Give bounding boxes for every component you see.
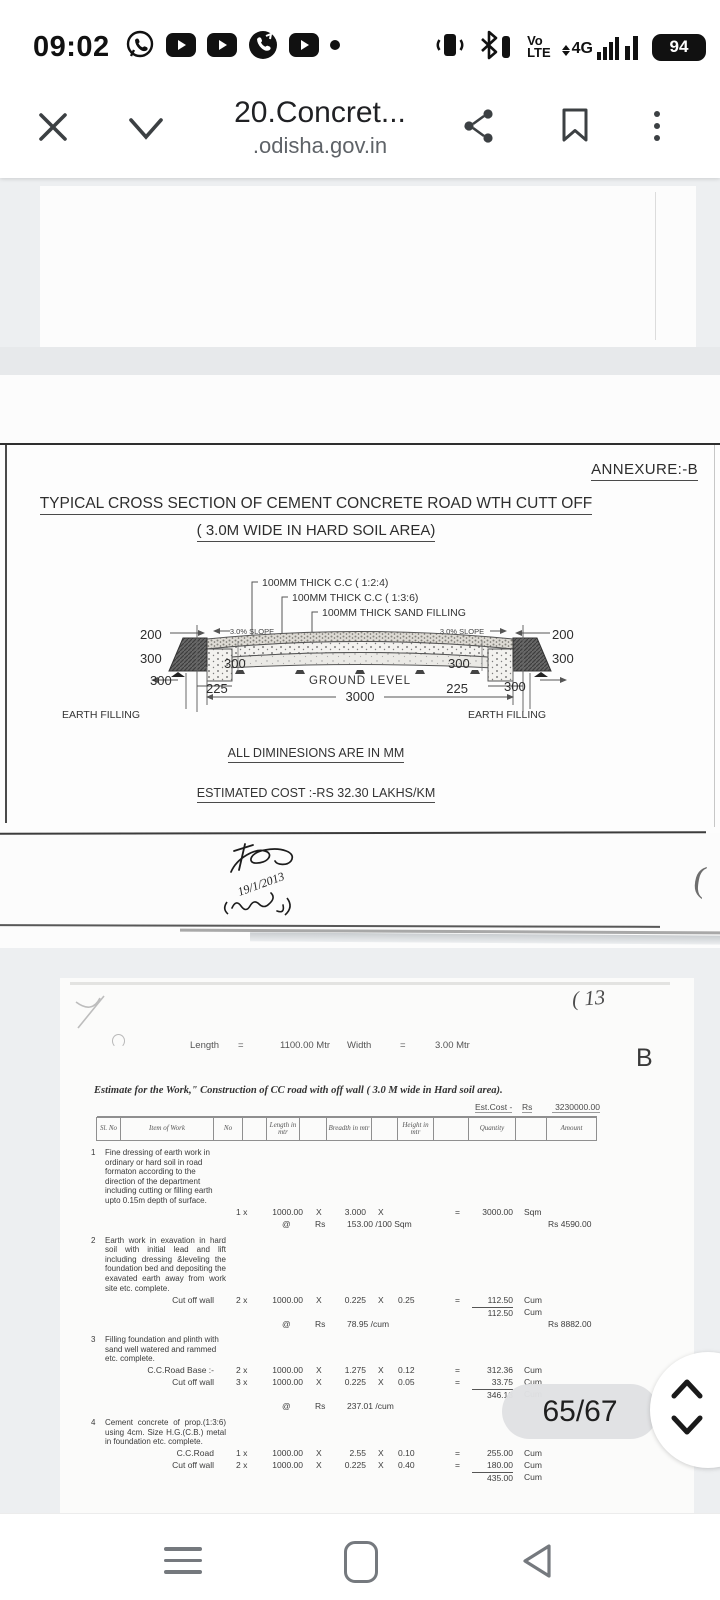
item-number: 3 — [91, 1335, 95, 1344]
page-indicator[interactable]: 65/67 — [502, 1384, 658, 1439]
calc-cnt: 1 x — [236, 1448, 247, 1458]
calc-qty: 3000.00 — [472, 1207, 513, 1217]
scan-artifact — [70, 982, 670, 985]
calc-eq: = — [455, 1207, 460, 1217]
calc-line: Cut off wall2 x1000.00X0.225X0.40=180.00… — [60, 1460, 694, 1471]
calc-x2: X — [378, 1207, 384, 1217]
calc-brd: 0.225 — [326, 1377, 366, 1387]
page-gap — [0, 347, 720, 375]
calc-cnt: 2 x — [236, 1295, 247, 1305]
calc-hgt: 0.40 — [398, 1460, 415, 1470]
page-down-button[interactable] — [670, 1414, 704, 1441]
whatsapp-call-icon — [247, 29, 279, 66]
callout-cc-124: 100MM THICK C.C ( 1:2:4) — [262, 577, 388, 589]
calc-len: 1000.00 — [263, 1377, 303, 1387]
slope-label-right: 3.0% SLOPE — [440, 627, 484, 636]
calc-unit: Sqm — [524, 1207, 541, 1217]
calc-cnt: 2 x — [236, 1460, 247, 1470]
notification-dot-icon — [329, 38, 341, 56]
status-bar: 09:02 — [0, 0, 720, 80]
document-title: 20.Concret... — [180, 96, 460, 130]
dim-300-left: 300 — [140, 651, 162, 666]
nav-recents-button[interactable] — [164, 1547, 202, 1582]
calc-qty: 180.00 — [472, 1460, 513, 1470]
document-source: .odisha.gov.in — [180, 133, 460, 159]
handwritten-signature: 19/1/2013 — [215, 838, 345, 916]
slope-label-left: 3.0% SLOPE — [230, 627, 274, 636]
bluetooth-icon — [476, 29, 516, 66]
page-65-annexure: ANNEXURE:-B TYPICAL CROSS SECTION OF CEM… — [0, 443, 720, 833]
dim-200-left: 200 — [140, 627, 162, 642]
page-up-button[interactable] — [670, 1378, 704, 1405]
app-bar: 20.Concret... .odisha.gov.in — [0, 80, 720, 178]
calc-line: Cut off wall2 x1000.00X0.225X0.25=112.50… — [60, 1295, 694, 1306]
dim-300-inner-right: 300 — [448, 656, 470, 671]
est-cost-label: Est.Cost - — [475, 1102, 512, 1113]
calc-x1: X — [316, 1207, 322, 1217]
calc-eq: = — [455, 1377, 460, 1387]
bookmark-button[interactable] — [560, 107, 590, 148]
length-label: Length — [190, 1040, 219, 1051]
item-number: 4 — [91, 1418, 95, 1427]
estimate-item: 1Fine dressing of earth work in ordinary… — [60, 1148, 694, 1230]
calc-line: 112.50Cum — [60, 1307, 694, 1318]
close-button[interactable] — [36, 110, 70, 149]
rate-rate: 78.95 /cum — [347, 1319, 389, 1329]
item-number: 1 — [91, 1148, 95, 1157]
calc-len: 1000.00 — [263, 1448, 303, 1458]
calc-label: Cut off wall — [100, 1377, 214, 1387]
calc-qty: 112.50 — [472, 1295, 513, 1305]
estimate-item: 2Earth work in exavation in hard soil wi… — [60, 1236, 694, 1330]
calc-label: C.C.Road Base :- — [100, 1365, 214, 1375]
calc-x2: X — [378, 1377, 384, 1387]
dimensions-note: ALL DIMINESIONS ARE IN MM — [0, 746, 632, 760]
dim-225-left: 225 — [206, 681, 228, 696]
calc-eq: = — [455, 1448, 460, 1458]
calc-brd: 3.000 — [326, 1207, 366, 1217]
collapse-button[interactable] — [126, 116, 166, 147]
battery-indicator: 94 — [652, 34, 706, 61]
calc-line: C.C.Road1 x1000.00X2.55X0.10=255.00Cum — [60, 1448, 694, 1459]
dimensions-line: Length = 1100.00 Mtr Width = 3.00 Mtr — [60, 1040, 694, 1052]
earth-filling-left: EARTH FILLING — [62, 709, 140, 721]
item-description: Earth work in exavation in hard soil wit… — [105, 1236, 226, 1294]
calc-unit: Cum — [524, 1472, 542, 1482]
estimate-table-header: Sl. No Item of Work No Length in mtr Bre… — [97, 1116, 597, 1141]
calc-brd: 0.225 — [326, 1295, 366, 1305]
calc-x1: X — [316, 1365, 322, 1375]
calc-x2: X — [378, 1448, 384, 1458]
data-arrows-icon — [562, 45, 570, 56]
drawing-title: TYPICAL CROSS SECTION OF CEMENT CONCRETE… — [0, 495, 632, 513]
calc-cnt: 2 x — [236, 1365, 247, 1375]
calc-unit: Cum — [524, 1307, 542, 1317]
notification-icons — [124, 29, 341, 66]
rate-rs: Rs — [315, 1219, 325, 1229]
ground-level-label: GROUND LEVEL — [309, 675, 411, 687]
calc-brd: 2.55 — [326, 1448, 366, 1458]
volte-indicator: VoLTE — [527, 35, 551, 59]
calc-unit: Cum — [524, 1448, 542, 1458]
dim-225-right: 225 — [446, 681, 468, 696]
annexure-label: ANNEXURE:-B — [591, 461, 698, 478]
calc-qty: 312.36 — [472, 1365, 513, 1375]
calc-hgt: 0.10 — [398, 1448, 415, 1458]
screen: 09:02 — [0, 0, 720, 1600]
calc-cnt: 1 x — [236, 1207, 247, 1217]
dim-300-right-b: 300 — [504, 679, 526, 694]
dim-200-right: 200 — [552, 627, 574, 642]
dim-300-inner-left: 300 — [224, 656, 246, 671]
calc-x2: X — [378, 1460, 384, 1470]
item-number: 2 — [91, 1236, 95, 1245]
rate-rate: 237.01 /cum — [347, 1401, 394, 1411]
estimate-title: Estimate for the Work," Construction of … — [94, 1085, 503, 1096]
calc-label: Cut off wall — [100, 1295, 214, 1305]
calc-qty: 255.00 — [472, 1448, 513, 1458]
rate-amount: Rs 8882.00 — [548, 1319, 591, 1329]
rate-amount: Rs 4590.00 — [548, 1219, 591, 1229]
calc-hgt: 0.25 — [398, 1295, 415, 1305]
signature-date: 19/1/2013 — [236, 869, 287, 899]
rate-rate: 153.00 /100 Sqm — [347, 1219, 412, 1229]
calc-hgt: 0.05 — [398, 1377, 415, 1387]
calc-qty: 33.75 — [472, 1377, 513, 1387]
callout-sand-filling: 100MM THICK SAND FILLING — [322, 607, 466, 619]
network-type: 4G — [572, 40, 593, 58]
item-description: Fine dressing of earth work in ordinary … — [105, 1148, 226, 1206]
system-icons: VoLTE 4G 94 — [435, 29, 706, 66]
youtube-icon — [165, 32, 197, 63]
rate-line: @Rs78.95 /cumRs 8882.00 — [60, 1319, 694, 1330]
estimated-cost: ESTIMATED COST :-RS 32.30 LAKHS/KM — [0, 786, 632, 800]
calc-qty: 435.00 — [472, 1472, 513, 1483]
rate-at: @ — [282, 1319, 291, 1329]
vibrate-icon — [435, 29, 465, 66]
whatsapp-icon — [124, 29, 156, 66]
calc-cnt: 3 x — [236, 1377, 247, 1387]
est-cost-value: 3230000.00 — [552, 1102, 600, 1113]
earth-filling-right: EARTH FILLING — [468, 709, 546, 721]
calc-x1: X — [316, 1377, 322, 1387]
calc-hgt: 0.12 — [398, 1365, 415, 1375]
calc-line: 435.00Cum — [60, 1472, 694, 1483]
calc-eq: = — [455, 1295, 460, 1305]
overflow-menu-button[interactable] — [651, 108, 663, 149]
calc-unit: Cum — [524, 1365, 542, 1375]
road-cross-section-drawing: 100MM THICK C.C ( 1:2:4) 100MM THICK C.C… — [0, 567, 720, 727]
calc-label: C.C.Road — [100, 1448, 214, 1458]
calc-brd: 0.225 — [326, 1460, 366, 1470]
estimate-cost-line: Est.Cost - Rs 3230000.00 — [60, 1102, 694, 1114]
rate-rs: Rs — [315, 1319, 325, 1329]
section-letter: B — [636, 1044, 653, 1073]
rate-rs: Rs — [315, 1401, 325, 1411]
calc-unit: Cum — [524, 1460, 542, 1470]
calc-brd: 1.275 — [326, 1365, 366, 1375]
calc-len: 1000.00 — [263, 1295, 303, 1305]
clock: 09:02 — [33, 31, 110, 64]
item-description: Filling foundation and plinth with sand … — [105, 1335, 226, 1364]
calc-x1: X — [316, 1448, 322, 1458]
dim-3000: 3000 — [346, 689, 375, 704]
calc-x1: X — [316, 1460, 322, 1470]
calc-x1: X — [316, 1295, 322, 1305]
scan-scribble — [70, 992, 114, 1040]
share-button[interactable] — [462, 108, 496, 149]
calc-unit: Cum — [524, 1295, 542, 1305]
dim-300-left-b: 300 — [150, 673, 172, 688]
nav-home-button[interactable] — [344, 1541, 378, 1583]
calc-line: 1 x1000.00X3.000X=3000.00Sqm — [60, 1207, 694, 1218]
calc-len: 1000.00 — [263, 1207, 303, 1217]
page-64-fragment — [40, 186, 696, 347]
nav-back-button[interactable] — [521, 1542, 555, 1585]
calc-eq: = — [455, 1365, 460, 1375]
android-nav-bar — [0, 1513, 720, 1600]
length-value: 1100.00 Mtr — [280, 1040, 330, 1051]
signal-4g-indicator: 4G — [562, 34, 641, 60]
page-65-top: ↄ ' — [0, 375, 720, 443]
calc-len: 1000.00 — [263, 1460, 303, 1470]
calc-eq: = — [455, 1460, 460, 1470]
calc-label: Cut off wall — [100, 1460, 214, 1470]
rate-line: @Rs153.00 /100 SqmRs 4590.00 — [60, 1219, 694, 1230]
width-value: 3.00 Mtr — [435, 1040, 470, 1051]
rate-at: @ — [282, 1401, 291, 1411]
dim-300-right: 300 — [552, 651, 574, 666]
item-description: Cement concrete of prop.(1:3:6) using 4c… — [105, 1418, 226, 1447]
rate-at: @ — [282, 1219, 291, 1229]
signal-bars-icon — [597, 34, 641, 60]
youtube-icon — [288, 32, 320, 63]
width-label: Width — [347, 1040, 371, 1051]
calc-len: 1000.00 — [263, 1365, 303, 1375]
scan-artifact — [655, 192, 656, 340]
handwritten-page-number: ( 13 — [571, 985, 606, 1012]
drawing-subtitle: ( 3.0M WIDE IN HARD SOIL AREA) — [0, 522, 632, 539]
calc-x2: X — [378, 1295, 384, 1305]
calc-line: C.C.Road Base :-2 x1000.00X1.275X0.12=31… — [60, 1365, 694, 1376]
calc-qty: 112.50 — [472, 1307, 513, 1318]
calc-x2: X — [378, 1365, 384, 1375]
youtube-icon — [206, 32, 238, 63]
callout-cc-136: 100MM THICK C.C ( 1:3:6) — [292, 592, 418, 604]
